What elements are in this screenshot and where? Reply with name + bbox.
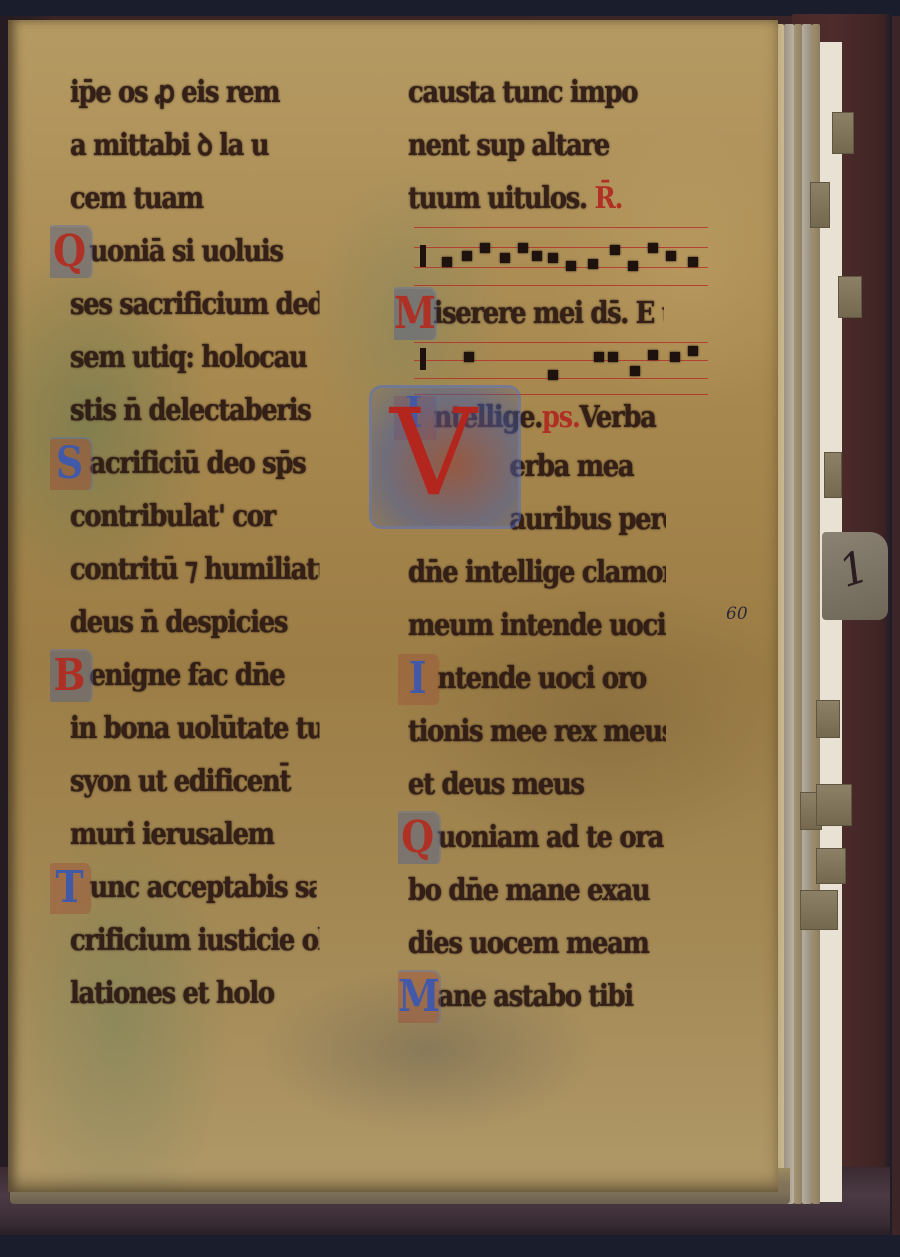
text-line: dn̄e intellige clamorē <box>408 546 666 599</box>
decorated-initial: I <box>398 658 436 702</box>
text-line: syon ut edificent̄ <box>70 755 319 808</box>
text-line: a mittabi ꝺ la u <box>70 119 319 172</box>
text-line: tionis mee rex meus <box>408 705 666 758</box>
decorated-initial: Q <box>50 231 88 275</box>
left-text-column: ip̄e os ꝓ eis rem a mittabi ꝺ la u cem t… <box>70 66 360 1020</box>
text-line: crificium iusticie ob <box>70 914 319 967</box>
folio-number: 60 <box>726 604 748 624</box>
tab-label: 1 <box>833 541 875 598</box>
index-tab <box>816 700 840 738</box>
index-tab <box>816 784 852 826</box>
text-line: contritū ⁊ humiliatū <box>70 543 319 596</box>
text-line: bo dn̄e mane exau <box>408 864 666 917</box>
text-line-with-initial: Quoniam ad te ora <box>398 811 665 864</box>
decorated-initial: M <box>394 293 432 337</box>
index-tab <box>810 182 830 228</box>
index-tab <box>800 890 838 930</box>
decorated-initial: T <box>50 867 88 911</box>
text-line: deus n̄ despicies <box>70 596 319 649</box>
chant-text-line: Miserere mei ds̄. E u o u a e. <box>394 287 664 340</box>
text-line: sem utiq: holocau <box>70 331 319 384</box>
text-line: causta tunc impo <box>408 66 666 119</box>
big-initial-letter: V <box>390 394 477 514</box>
text-line-with-initial: Sacrificiū deo sp̄s <box>50 437 317 490</box>
decorated-initial: Q <box>398 817 436 861</box>
rubric-marker: ps. <box>542 400 580 435</box>
text-line: muri ierusalem <box>70 808 319 861</box>
chant-staff <box>408 227 708 285</box>
backdrop-top <box>0 0 900 16</box>
index-tab <box>824 452 842 498</box>
text-line: ses sacrificium ded <box>70 278 319 331</box>
text-line-with-initial: Intende uoci oro <box>398 652 665 705</box>
index-tab-labeled: 1 <box>822 532 888 620</box>
text-line: contribulat' cor <box>70 490 319 543</box>
text-line: cem tuam <box>70 172 319 225</box>
historiated-initial: V <box>372 388 518 526</box>
decorated-initial: M <box>398 976 436 1020</box>
text-line: meum intende uoci <box>408 599 666 652</box>
text-line-with-initial: Quoniā si uoluis <box>50 225 317 278</box>
index-tab <box>816 848 846 884</box>
text-line: in bona uolūtate tua <box>70 702 319 755</box>
text-line: stis n̄ delectaberis <box>70 384 319 437</box>
text-line: dies uocem meam <box>408 917 666 970</box>
text-line-with-initial: Mane astabo tibi <box>398 970 665 1023</box>
text-line: lationes et holo <box>70 967 319 1020</box>
rubric-marker: R̄. <box>594 181 622 216</box>
text-line: nent sup altare <box>408 119 666 172</box>
text-line: tuum uitulos. R̄. <box>408 172 666 225</box>
right-text-column: causta tunc impo nent sup altare tuum ui… <box>408 66 708 1023</box>
text-line-with-initial: Benigne fac dn̄e <box>50 649 317 702</box>
decorated-initial: S <box>50 443 88 487</box>
text-line: et deus meus <box>408 758 666 811</box>
index-tab <box>832 112 854 154</box>
backdrop-bottom <box>0 1235 900 1257</box>
index-tab <box>838 276 862 318</box>
decorated-initial: B <box>50 655 88 699</box>
text-line-with-initial: Tunc acceptabis sa <box>50 861 317 914</box>
text-line: ip̄e os ꝓ eis rem <box>70 66 319 119</box>
